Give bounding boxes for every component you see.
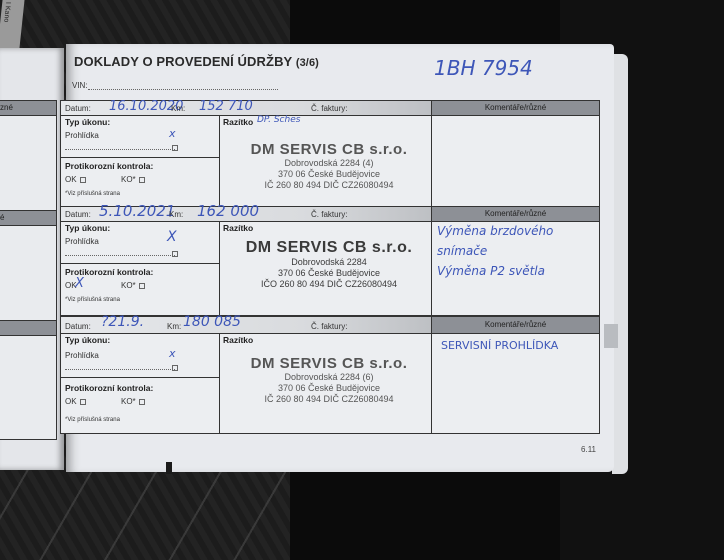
entry-header: Datum: ?21.9. Km: 180 085 Č. faktury: Ko… xyxy=(61,317,599,334)
inspection-check: x xyxy=(169,127,176,140)
checkbox-icon xyxy=(139,399,145,405)
date-value: 5.10.2021 xyxy=(99,202,175,220)
date-value: ?21.9. xyxy=(101,314,144,330)
service-type-column: Typ úkonu: Prohlídka X Protikorozní kont… xyxy=(61,221,220,315)
comments-header: Komentáře/různé xyxy=(431,317,599,333)
left-page: zné é xyxy=(0,48,64,470)
entry-header: Datum: 16.10.2020 Km: 152 710 Č. faktury… xyxy=(61,101,599,116)
left-entry-3 xyxy=(0,320,57,440)
ribbon-text: I Kano xyxy=(2,2,11,22)
km-value: 162 000 xyxy=(197,202,259,220)
checkbox-icon xyxy=(139,177,145,183)
checkbox-icon xyxy=(80,177,86,183)
left-entry-2: é xyxy=(0,210,57,322)
checkbox-icon xyxy=(172,365,178,371)
service-record-page: DOKLADY O PROVEDENÍ ÚDRŽBY (3/6) 1BH 795… xyxy=(66,44,614,472)
left-header: zné xyxy=(0,101,56,116)
service-entry-2: Datum: 5.10.2021 Km: 162 000 Č. faktury:… xyxy=(60,206,600,316)
km-value: 180 085 xyxy=(183,314,241,330)
service-entry-3: Datum: ?21.9. Km: 180 085 Č. faktury: Ko… xyxy=(60,316,600,434)
ok-check: X xyxy=(75,276,84,291)
dealer-stamp: DM SERVIS CB s.r.o. Dobrovodská 2284 (4)… xyxy=(239,141,419,191)
vin-field xyxy=(88,89,278,90)
page-edge xyxy=(612,54,628,474)
dealer-stamp: DM SERVIS CB s.r.o. Dobrovodská 2284 370… xyxy=(239,239,419,290)
comments-column xyxy=(431,115,599,209)
checkbox-icon xyxy=(172,145,178,151)
vin-label: VIN: xyxy=(72,81,88,90)
stamp-column: Razítko DM SERVIS CB s.r.o. Dobrovodská … xyxy=(219,221,432,315)
checkbox-icon xyxy=(172,251,178,257)
comments-column: Výměna brzdového snímače Výměna P2 světl… xyxy=(431,221,599,315)
page-number: 6.11 xyxy=(581,445,596,454)
checkbox-icon xyxy=(80,399,86,405)
comment-text: Výměna brzdového snímače Výměna P2 světl… xyxy=(437,221,593,281)
service-entry-1: Datum: 16.10.2020 Km: 152 710 Č. faktury… xyxy=(60,100,600,210)
km-value: 152 710 xyxy=(199,99,253,114)
spine-mark xyxy=(166,462,172,474)
inspection-check: x xyxy=(169,347,176,360)
service-type-column: Typ úkonu: Prohlídka x Protikorozní kont… xyxy=(61,115,220,209)
dealer-stamp: DM SERVIS CB s.r.o. Dobrovodská 2284 (6)… xyxy=(239,355,419,405)
inspection-check: X xyxy=(167,229,177,245)
left-header: é xyxy=(0,211,56,226)
entry-header: Datum: 5.10.2021 Km: 162 000 Č. faktury:… xyxy=(61,207,599,222)
checkbox-icon xyxy=(139,283,145,289)
stamp-column: Razítko DP. Sches DM SERVIS CB s.r.o. Do… xyxy=(219,115,432,209)
stamp-column: Razítko DM SERVIS CB s.r.o. Dobrovodská … xyxy=(219,333,432,433)
left-header xyxy=(0,321,56,336)
comment-text: SERVISNÍ PROHLÍDKA xyxy=(441,339,558,352)
service-type-column: Typ úkonu: Prohlídka x Protikorozní kont… xyxy=(61,333,220,433)
comments-header: Komentáře/různé xyxy=(431,101,599,115)
page-tab-marker xyxy=(604,324,618,348)
left-entry-1: zné xyxy=(0,100,57,212)
license-plate-handwritten: 1BH 7954 xyxy=(434,56,533,80)
comments-column: SERVISNÍ PROHLÍDKA xyxy=(431,333,599,433)
page-title: DOKLADY O PROVEDENÍ ÚDRŽBY (3/6) xyxy=(74,54,319,69)
comments-header: Komentáře/různé xyxy=(431,207,599,221)
